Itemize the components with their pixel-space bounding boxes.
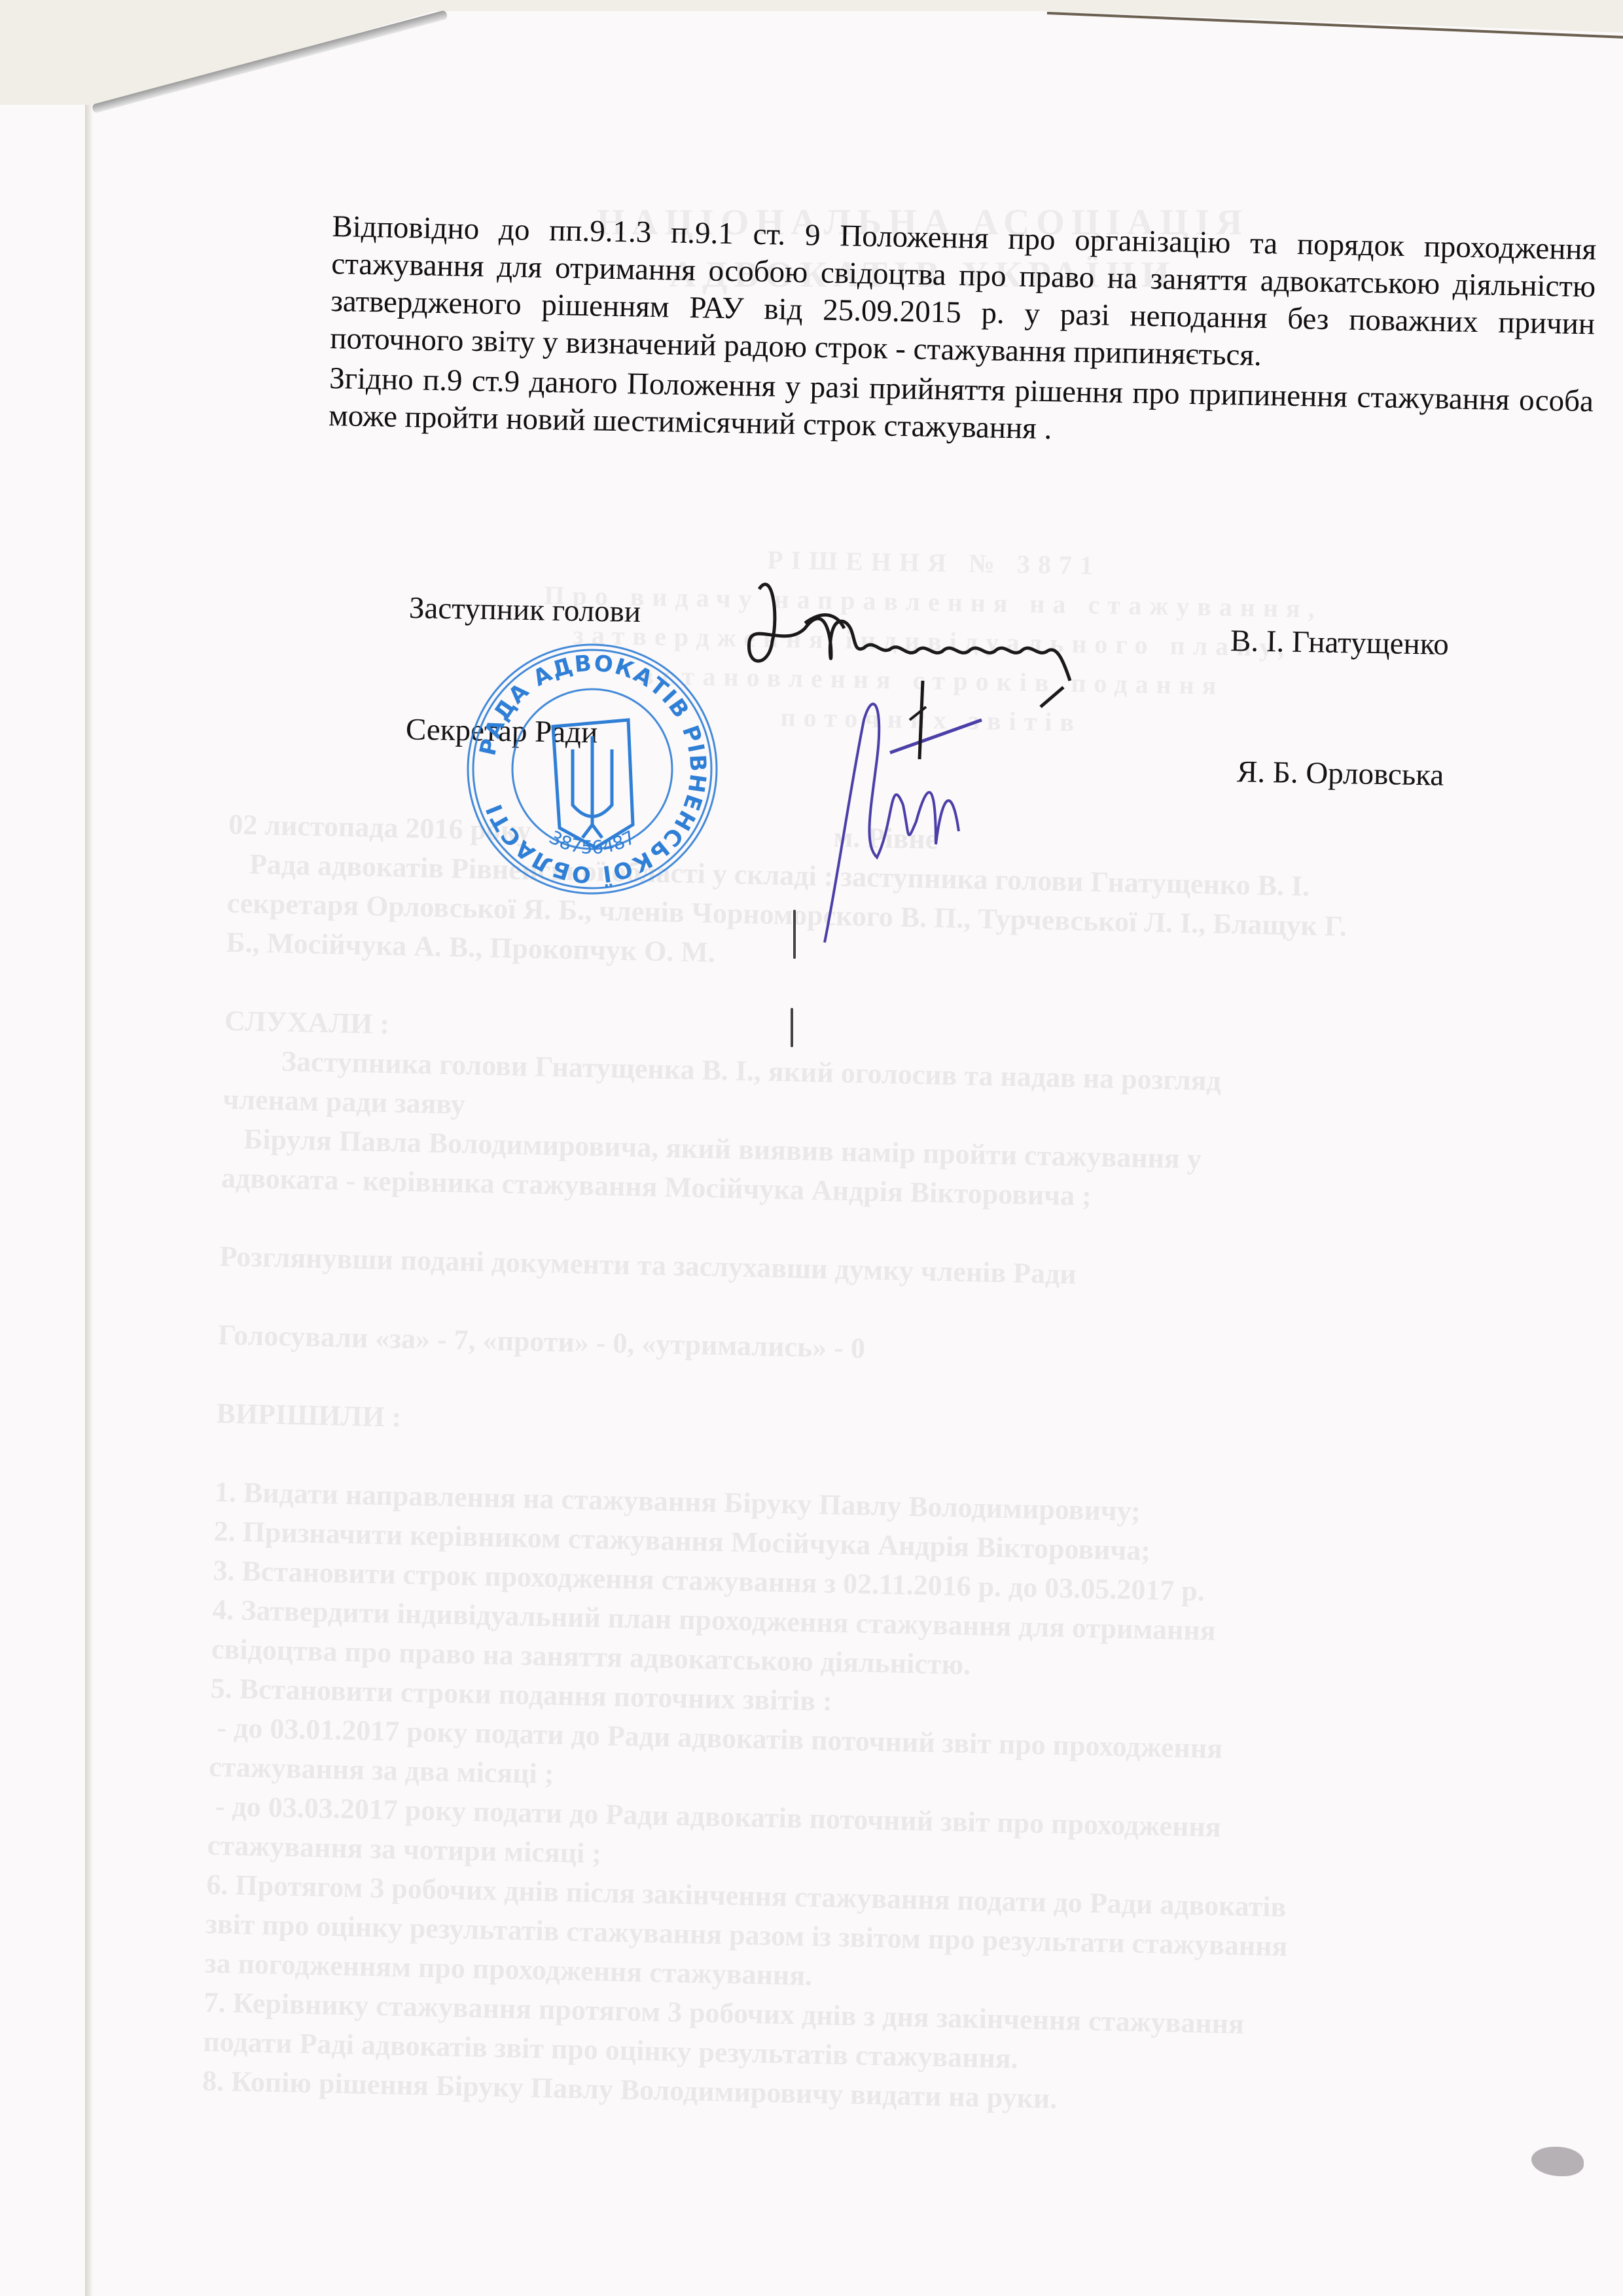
deputy-chair-name: В. І. Гнатущенко [1230, 623, 1450, 662]
trident-icon [553, 720, 633, 848]
official-stamp: РАДА АДВОКАТІВ РІВНЕНСЬКОЇ ОБЛАСТІ 38756… [461, 638, 723, 900]
ghost-body-text: 02 листопада 2016 року м. Рівне Рада адв… [202, 805, 1505, 2127]
stray-pen-mark [793, 910, 796, 959]
paper-left-edge-shadow [85, 105, 93, 2296]
paragraph-suspension-rule: Відповідно до пп.9.1.3 п.9.1 ст. 9 Полож… [330, 208, 1597, 380]
deputy-chair-label: Заступник голови [409, 590, 641, 630]
stray-pen-mark [791, 1008, 793, 1047]
document-body: Відповідно до пп.9.1.3 п.9.1 ст. 9 Полож… [329, 208, 1597, 457]
secretary-name: Я. Б. Орловська [1237, 754, 1444, 793]
